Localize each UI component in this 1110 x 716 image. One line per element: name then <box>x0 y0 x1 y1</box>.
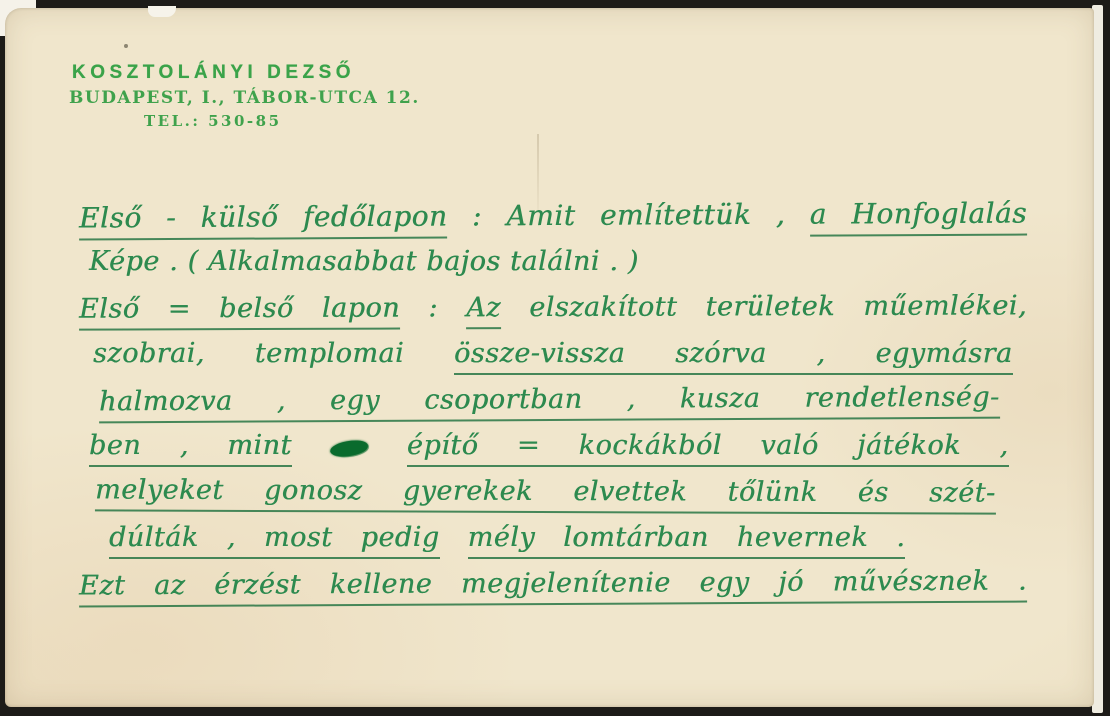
torn-edge-chip <box>148 6 176 17</box>
handwritten-segment: halmozva , egy csoportban , kusza rendet… <box>99 382 1000 424</box>
handwritten-segment: Első = belső lapon <box>79 293 400 331</box>
handwritten-segment: szobrai, templomai <box>93 338 404 369</box>
handwritten-segment: a Honfoglalás <box>810 197 1028 237</box>
handwritten-line: halmozva , egy csoportban , kusza rendet… <box>99 382 1000 418</box>
handwritten-line: Első = belső lapon : Az elszakított terü… <box>79 290 1027 324</box>
handwritten-segment: : <box>428 292 438 323</box>
handwritten-segment: ben , mint <box>89 430 292 467</box>
handwritten-segment: Első - külső fedőlapon <box>79 200 448 241</box>
handwritten-segment: Képe . <box>89 246 178 277</box>
handwritten-line: ben , mint építő = kockákból való játéko… <box>89 430 1009 461</box>
handwritten-line: dúlták , most pedig mély lomtárban hever… <box>109 522 905 553</box>
handwritten-segment: össze-vissza szórva , egymásra <box>454 338 1013 375</box>
letter-paper: KOSZTOLÁNYI DEZSŐ BUDAPEST, I., TÁBOR-UT… <box>5 8 1094 707</box>
letterhead-name: KOSZTOLÁNYI DEZSŐ <box>72 62 355 84</box>
handwriting-block: Első - külső fedőlapon : Amit említettük… <box>79 200 1027 614</box>
handwritten-segment: : <box>472 199 482 232</box>
ink-speck <box>124 44 128 48</box>
handwritten-line: szobrai, templomai össze-vissza szórva ,… <box>93 338 1013 369</box>
scan-background: KOSZTOLÁNYI DEZSŐ BUDAPEST, I., TÁBOR-UT… <box>0 0 1110 716</box>
letterhead-phone: TEL.: 530-85 <box>144 112 282 130</box>
handwritten-line: Képe . ( Alkalmasabbat bajos találni . ) <box>89 246 639 277</box>
handwritten-segment: melyeket gonosz gyerekek elvettek tőlünk… <box>95 474 996 514</box>
letterhead-address: BUDAPEST, I., TÁBOR-UTCA 12. <box>69 88 420 108</box>
handwritten-segment: Az <box>466 292 501 329</box>
handwritten-segment: Amit említettük , <box>506 198 785 232</box>
handwritten-segment: Ezt az érzést kellene megjelenítenie egy… <box>79 566 1027 608</box>
handwritten-line: Első - külső fedőlapon : Amit említettük… <box>79 198 1027 234</box>
handwritten-segment: mély lomtárban hevernek . <box>468 522 906 559</box>
handwritten-segment: dúlták , most pedig <box>109 522 440 559</box>
handwritten-line: Ezt az érzést kellene megjelenítenie egy… <box>79 566 1027 602</box>
handwritten-segment: építő = kockákból való játékok , <box>407 430 1009 467</box>
handwritten-segment: elszakított területek műemlékei, <box>529 290 1027 323</box>
handwritten-line: melyeket gonosz gyerekek elvettek tőlünk… <box>95 474 996 508</box>
ink-blot <box>330 439 369 458</box>
handwritten-segment: ( Alkalmasabbat bajos találni . ) <box>188 246 639 277</box>
